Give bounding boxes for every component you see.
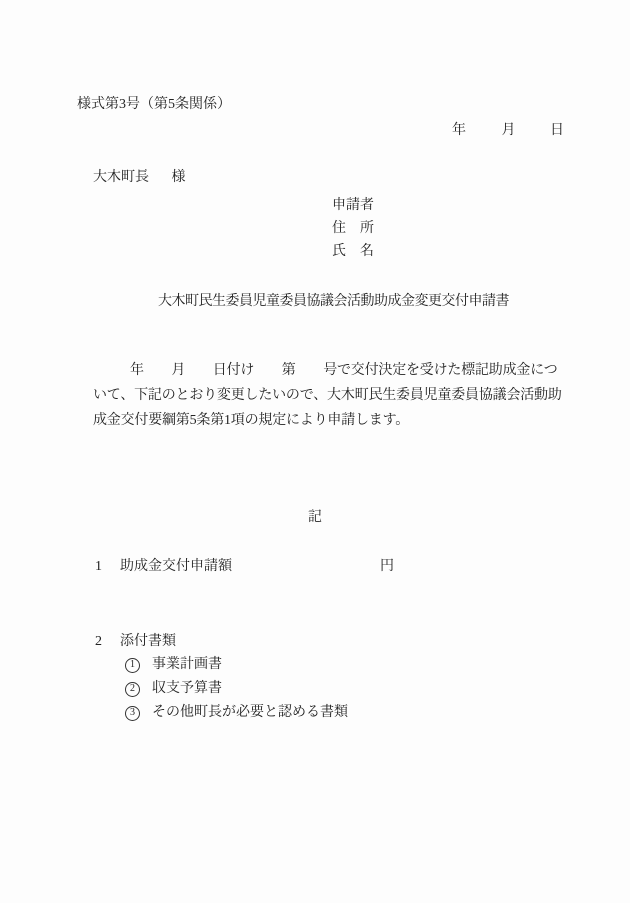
item-attachments-number: 2 [95,632,102,652]
applicant-heading: 申請者 [332,194,374,217]
body-paragraph: 年 月 日付け 第 号で交付決定を受けた標記助成金につ いて、下記のとおり変更し… [93,358,571,433]
body-line-1: 年 月 日付け 第 号で交付決定を受けた標記助成金につ [93,358,571,383]
addressee-honorific: 様 [172,170,186,185]
list-item: 1 事業計画書 [125,653,348,677]
item-amount-number: 1 [95,557,102,577]
item-amount-unit: 円 [380,557,394,577]
applicant-address-label: 住 所 [332,217,374,240]
applicant-name-label: 氏 名 [332,240,374,263]
item-attachments-label: 添付書類 [120,632,176,652]
body-line-3: 成金交付要綱第5条第1項の規定により申請します。 [93,408,571,433]
date-year-label: 年 [452,123,466,138]
form-number: 様式第3号（第5条関係） [77,95,231,115]
circled-number-icon: 3 [125,706,140,721]
list-item: 3 その他町長が必要と認める書類 [125,701,348,725]
circled-number-icon: 2 [125,682,140,697]
date-month-label: 月 [502,123,516,138]
item-attachments: 2 添付書類 [95,632,515,652]
attachment-item-label: その他町長が必要と認める書類 [152,703,348,723]
document-page: 様式第3号（第5条関係） 年 月 日 大木町長 様 申請者 住 所 氏 名 大木… [0,0,630,903]
item-amount-label: 助成金交付申請額 [120,557,232,577]
circled-number-icon: 1 [125,658,140,673]
addressee-line: 大木町長 様 [93,168,186,188]
attachment-item-label: 収支予算書 [152,679,222,699]
attachment-list: 1 事業計画書 2 収支予算書 3 その他町長が必要と認める書類 [125,653,348,725]
section-marker: 記 [0,508,630,528]
addressee-name: 大木町長 [93,170,149,185]
list-item: 2 収支予算書 [125,677,348,701]
item-amount: 1 助成金交付申請額 円 [95,557,515,577]
date-line: 年 月 日 [452,121,564,141]
applicant-block: 申請者 住 所 氏 名 [332,194,374,263]
attachment-item-label: 事業計画書 [152,655,222,675]
date-day-label: 日 [550,123,564,138]
document-title: 大木町民生委員児童委員協議会活動助成金変更交付申請書 [158,292,509,312]
body-line-2: いて、下記のとおり変更したいので、大木町民生委員児童委員協議会活動助 [93,383,571,408]
